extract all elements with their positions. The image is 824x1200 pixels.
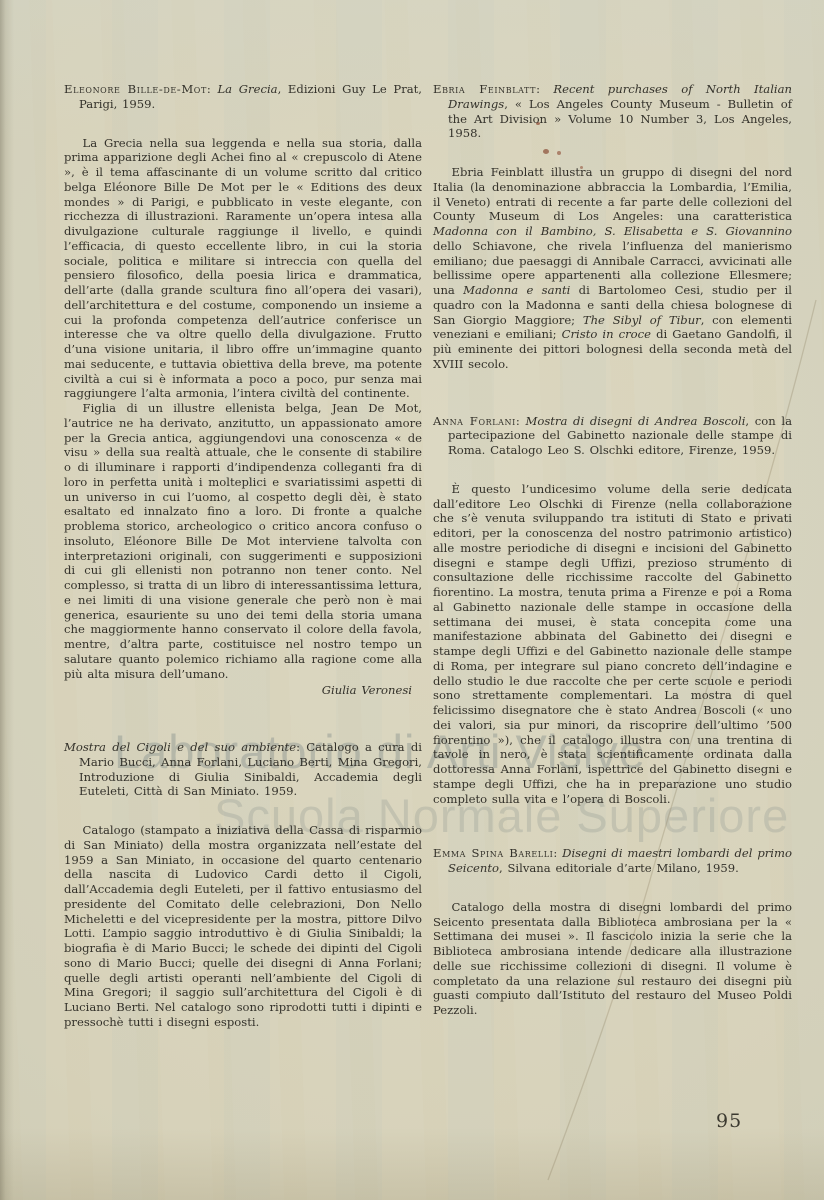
text-run: Giulia Veronesi <box>322 683 412 697</box>
review-paragraph: Catalogo (stampato a iniziativa della Ca… <box>64 823 422 1030</box>
spacer <box>433 372 792 414</box>
review-paragraph: Catalogo della mostra di disegni lombard… <box>433 900 792 1018</box>
italic-title: La Grecia <box>217 82 277 96</box>
text-run: È questo l’undicesimo volume della serie… <box>433 482 792 806</box>
spacer <box>64 799 422 823</box>
italic-title: Madonna con il Bambino, S. Elisabetta e … <box>433 224 792 238</box>
review-heading: Emma Spina Barelli: Disegni di maestri l… <box>433 846 792 876</box>
scanned-page: Laboratorio di Arti Visive Scuola Normal… <box>0 0 824 1200</box>
author-name: Ebria Feinblatt <box>433 82 536 96</box>
text-run: Figlia di un illustre ellenista belga, J… <box>64 401 422 681</box>
text-run: Catalogo della mostra di disegni lombard… <box>433 900 792 1017</box>
text-run: : <box>553 846 562 860</box>
review-paragraph: Ebria Feinblatt illustra un gruppo di di… <box>433 165 792 372</box>
spacer <box>64 698 422 740</box>
left-column: Eleonore Bille-de-Mot: La Grecia, Edizio… <box>64 82 422 1030</box>
italic-title: The Sibyl of Tibur <box>583 313 701 327</box>
text-run: : <box>207 82 218 96</box>
text-run: Catalogo (stampato a iniziativa della Ca… <box>64 823 422 1029</box>
author-name: Anna Forlani <box>433 414 516 428</box>
italic-title: Madonna e santi <box>463 283 570 297</box>
review-paragraph: È questo l’undicesimo volume della serie… <box>433 482 792 807</box>
author-name: Emma Spina Barelli <box>433 846 553 860</box>
review-heading: Eleonore Bille-de-Mot: La Grecia, Edizio… <box>64 82 422 112</box>
text-run: La Grecia nella sua leggenda e nella sua… <box>64 136 422 401</box>
text-run: : <box>536 82 553 96</box>
review-paragraph: Figlia di un illustre ellenista belga, J… <box>64 401 422 681</box>
right-column: Ebria Feinblatt: Recent purchases of Nor… <box>433 82 792 1018</box>
spacer <box>433 806 792 846</box>
review-heading: Ebria Feinblatt: Recent purchases of Nor… <box>433 82 792 141</box>
spacer <box>433 458 792 482</box>
review-heading: Anna Forlani: Mostra di disegni di Andre… <box>433 414 792 458</box>
review-paragraph: La Grecia nella sua leggenda e nella sua… <box>64 136 422 402</box>
author-name: Eleonore Bille-de-Mot <box>64 82 207 96</box>
review-heading: Mostra del Cigoli e del suo ambiente: Ca… <box>64 740 422 799</box>
italic-title: Mostra di disegni di Andrea Boscoli <box>525 414 745 428</box>
reviewer-signature: Giulia Veronesi <box>64 683 422 698</box>
spacer <box>64 112 422 136</box>
text-run: , Silvana editoriale d’arte Milano, 1959… <box>499 861 739 875</box>
italic-title: Cristo in croce <box>562 327 651 341</box>
text-run: Ebria Feinblatt illustra un gruppo di di… <box>433 165 792 223</box>
page-number: 95 <box>716 1110 742 1132</box>
spacer <box>433 141 792 165</box>
spacer <box>433 876 792 900</box>
italic-title: Mostra del Cigoli e del suo ambiente <box>64 740 296 754</box>
